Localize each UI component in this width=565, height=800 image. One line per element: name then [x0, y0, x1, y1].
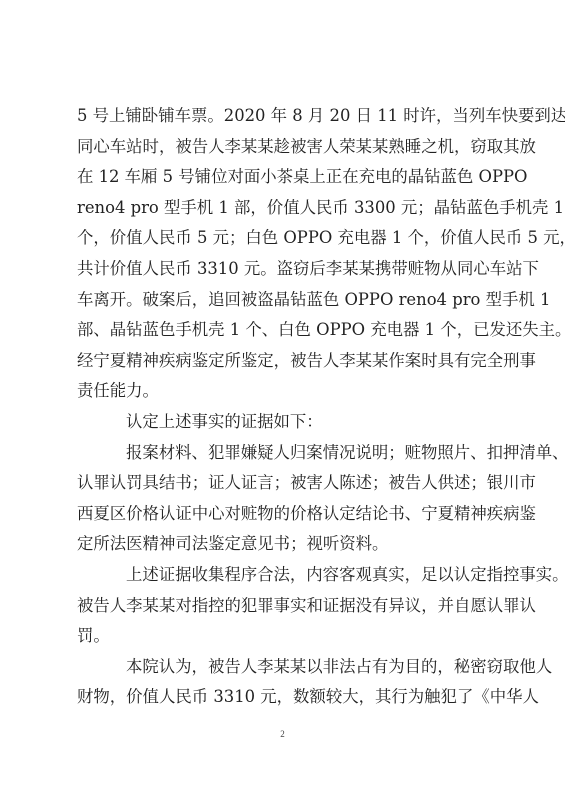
text-line: 财物，价值人民币 3310 元，数额较大，其行为触犯了《中华人 — [77, 682, 495, 713]
text-line: 罚。 — [77, 621, 495, 652]
text-line: 本院认为，被告人李某某以非法占有为目的，秘密窃取他人 — [77, 652, 495, 683]
evidence-heading: 认定上述事实的证据如下： — [77, 407, 495, 438]
text-line: 上述证据收集程序合法，内容客观真实，足以认定指控事实。 — [77, 560, 495, 591]
text-line: 个，价值人民币 5 元；白色 OPPO 充电器 1 个，价值人民币 5 元， — [77, 223, 495, 254]
text-line: 被告人李某某对指控的犯罪事实和证据没有异议，并自愿认罪认 — [77, 591, 495, 622]
document-body: 5 号上铺卧铺车票。2020 年 8 月 20 日 11 时许，当列车快要到达 … — [77, 101, 495, 713]
document-page: 5 号上铺卧铺车票。2020 年 8 月 20 日 11 时许，当列车快要到达 … — [0, 0, 565, 800]
text-line: 报案材料、犯罪嫌疑人归案情况说明；赃物照片、扣押清单、 — [77, 438, 495, 469]
text-line: 部、晶钻蓝色手机壳 1 个、白色 OPPO 充电器 1 个，已发还失主。 — [77, 315, 495, 346]
text-line: 同心车站时，被告人李某某趁被害人荣某某熟睡之机，窃取其放 — [77, 132, 495, 163]
text-line: 认罪认罚具结书；证人证言；被害人陈述；被告人供述；银川市 — [77, 468, 495, 499]
text-line: 在 12 车厢 5 号铺位对面小茶桌上正在充电的晶钻蓝色 OPPO — [77, 162, 495, 193]
text-line: 经宁夏精神疾病鉴定所鉴定，被告人李某某作案时具有完全刑事 — [77, 346, 495, 377]
text-line: 车离开。破案后，追回被盗晶钻蓝色 OPPO reno4 pro 型手机 1 — [77, 285, 495, 316]
text-line: reno4 pro 型手机 1 部，价值人民币 3300 元；晶钻蓝色手机壳 1 — [77, 193, 495, 224]
text-line: 责任能力。 — [77, 376, 495, 407]
text-line: 西夏区价格认证中心对赃物的价格认定结论书、宁夏精神疾病鉴 — [77, 499, 495, 530]
text-line: 共计价值人民币 3310 元。盗窃后李某某携带赃物从同心车站下 — [77, 254, 495, 285]
text-line: 定所法医精神司法鉴定意见书；视听资料。 — [77, 529, 495, 560]
text-line: 5 号上铺卧铺车票。2020 年 8 月 20 日 11 时许，当列车快要到达 — [77, 101, 495, 132]
page-number: 2 — [0, 729, 565, 739]
